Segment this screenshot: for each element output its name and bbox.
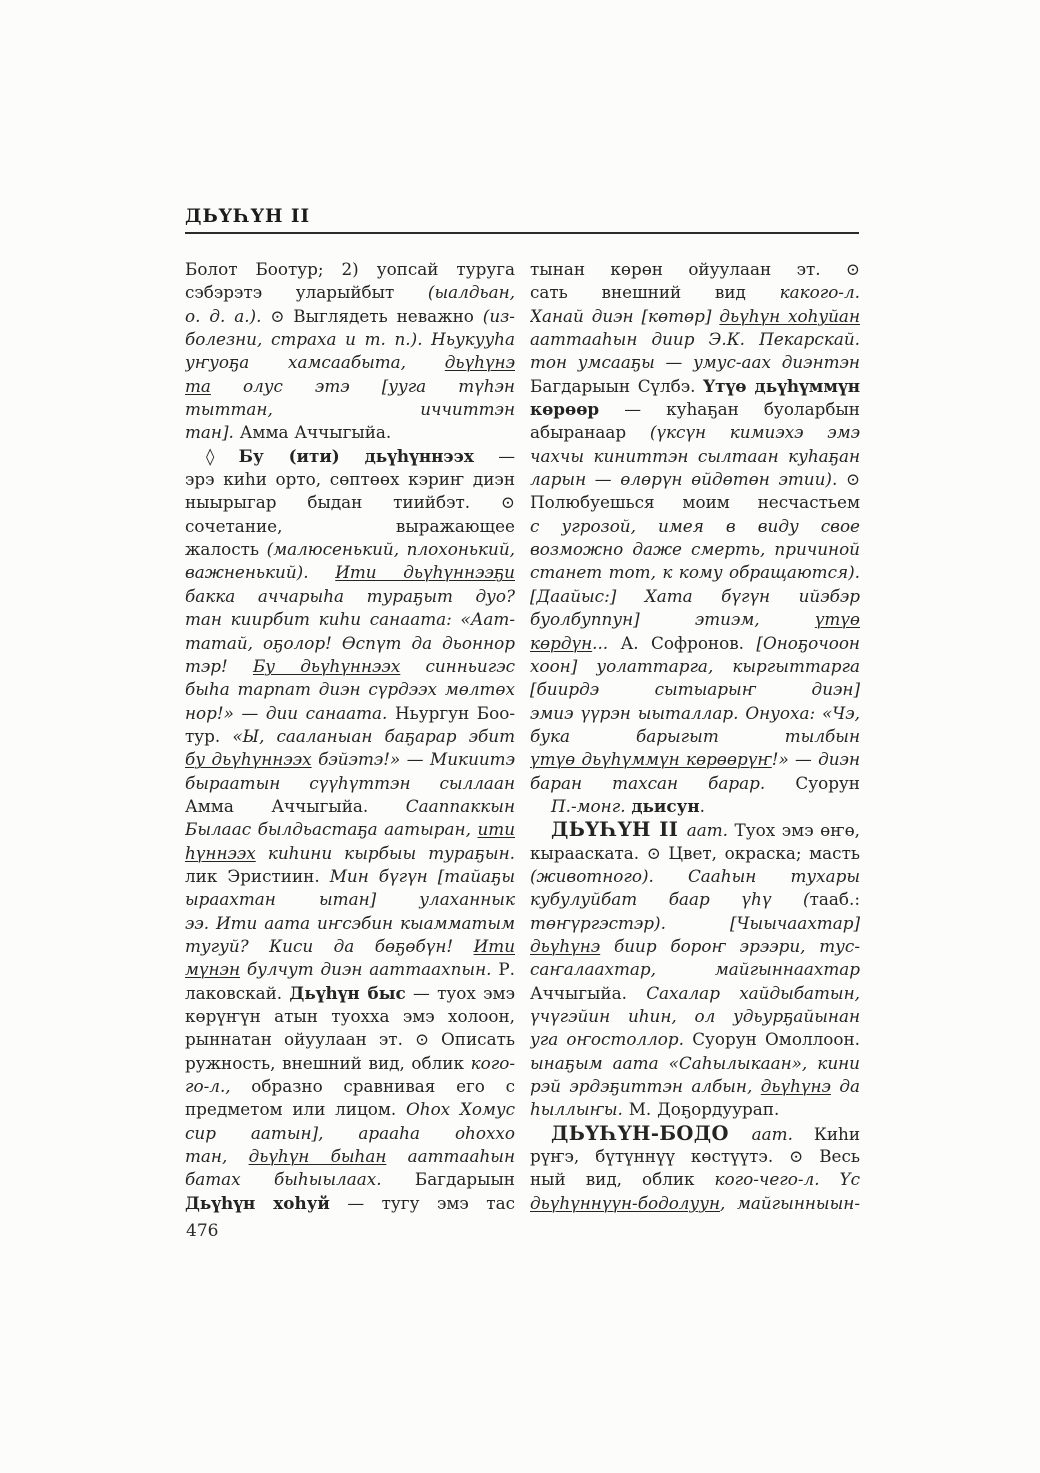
text-segment: төҥүргэстэр). [Чыычаахтар] үгүстэрин — [530, 913, 860, 935]
text-line: [биирдэ сытыарыҥ диэн] ааттаспытын — [530, 678, 860, 701]
text-segment: һыллыҥы. — [530, 1099, 629, 1119]
text-segment: Суорун Омоллоон. — [692, 1029, 860, 1049]
text-line: Аччыгыйа. Сахалар хайдыбатын, дьүһүнэ — [530, 982, 860, 1005]
text-segment: ээ. Ити аата иҥсэбин кыамматым дуу, — [185, 913, 515, 935]
text-segment: Былаас былдьастаҕа аатыран, — [185, 819, 477, 839]
text-line: лик Эристиин. Мин бүгүн [тайаҕы олус — [185, 865, 515, 888]
text-line: уҥуоҕа хамсаабыта, дьүһүнэ холлубу- — [185, 351, 515, 374]
text-line: [Даайыс:] Хата бүгүн ийэбэр [ыарахан — [530, 585, 860, 608]
text-segment: ыраахтан ытан] улаханнык сыыстым — [185, 889, 515, 911]
text-segment: «Ы, сааланыан баҕарар эбит дии, — [185, 726, 515, 748]
header-rule — [185, 232, 859, 234]
text-segment: важненький). — [185, 562, 335, 582]
text-segment: Бу дьүһүннээх — [253, 656, 400, 676]
text-line: рыннатан ойуулаан эт. ⊙ Описать на- — [185, 1028, 515, 1051]
text-line: бу дьүһүннээх бэйэтэ!» — Микиитэ — [185, 748, 515, 771]
text-segment: дьүһүнэ — [761, 1076, 831, 1096]
dictionary-page: ДЬҮҺҮН II Болот Боотур; 2) уопсай туруга… — [0, 0, 1040, 1473]
text-segment: ДЬҮҺҮН-БОДО — [551, 1122, 752, 1145]
text-line: дьүһүнэ биир бороҥ эрээри, тус-туспа — [530, 935, 860, 958]
text-segment: ◊ — [206, 446, 239, 466]
text-line: важненький). Ити дьүһүннээҕи кыай- — [185, 561, 515, 584]
text-segment: Ити дьүһүннээҕи — [335, 562, 515, 582]
text-segment: ружность, внешний вид, облик — [185, 1053, 471, 1073]
text-segment: жалость — [185, 539, 267, 559]
text-segment: бу дьүһүннээх — [185, 749, 312, 769]
text-line: төҥүргэстэр). [Чыычаахтар] үгүстэрин — [530, 912, 860, 935]
text-segment: чахчы киниттэн сылтаан куһаҕан буо- — [530, 446, 860, 468]
text-segment: мүнэн — [185, 959, 240, 979]
right-column: тынан көрөн ойуулаан эт. ⊙ Живопи-сать в… — [530, 258, 860, 1215]
text-line: ыраахтан ытан] улаханнык сыыстым — [185, 888, 515, 911]
text-segment: быһа тарпат диэн сүрдээх мөлтөх дьон- — [185, 679, 515, 701]
text-line: көрүҥүн атын туохха эмэ холоон, маа- — [185, 1005, 515, 1028]
text-segment: рэй эрдэҕиттэн албын, — [530, 1076, 761, 1096]
text-segment: рыннатан ойуулаан эт. ⊙ Описать на- — [185, 1029, 515, 1051]
text-segment: Дьүһүн хоһуй — [185, 1193, 330, 1213]
running-head: ДЬҮҺҮН II — [185, 206, 859, 227]
text-line: нор!» — дии санаата. Ньургун Боо- — [185, 702, 515, 725]
text-line: ◊ Бу (ити) дьүһүннээх — тугунан — [185, 445, 515, 468]
text-segment: киһини кырбыы тураҕын. — [256, 843, 515, 863]
text-segment: тыттан, иччиттэн куттаммытыт- — [185, 399, 515, 421]
text-segment: ныырыгар быдан тиийбэт. ⊙ Модальное — [185, 492, 515, 514]
text-line: бакка аччарыһа тураҕыт дуо? Таһыт- — [185, 585, 515, 608]
text-segment: Аччыгыйа. — [530, 983, 646, 1003]
text-segment: дьисун — [631, 796, 699, 816]
text-segment: кубулуйбат баар үһү ( — [530, 889, 810, 909]
text-segment: сать внешний вид — [530, 282, 780, 302]
text-line: уга оҥостоллор. Суорун Омоллоон. Бу — [530, 1028, 860, 1051]
text-line: ДЬҮҺҮН II аат. Туох эмэ өҥө, — [530, 818, 860, 841]
text-segment: [Даайыс:] Хата бүгүн ийэбэр [ыарахан — [530, 586, 860, 608]
text-segment: дьүһүн быһан — [249, 1146, 387, 1166]
text-segment: Амма Аччыгыйа. — [185, 796, 406, 816]
text-segment: П.-монг. — [551, 796, 631, 816]
text-line: тынан көрөн ойуулаан эт. ⊙ Живопи- — [530, 258, 860, 281]
text-segment: лик Эристиин. — [185, 866, 330, 886]
text-segment: абыранаар — [530, 422, 650, 442]
text-segment: дьүһүн хоһуйан — [719, 306, 860, 326]
text-segment: лаковскай. — [185, 983, 289, 1003]
text-segment: тан]. — [185, 422, 240, 442]
text-segment: тон умсааҕы — умус-аах диэнтэн диир. — [530, 352, 860, 374]
text-segment: Үтүө дьүһүммүн — [703, 376, 860, 396]
text-segment: Сахалар хайдыбатын, — [646, 983, 860, 1003]
text-line: тан киирбит киһи санаата: «Аат- — [185, 608, 515, 631]
left-column: Болот Боотур; 2) уопсай туруга мөлтөөн,с… — [185, 258, 515, 1215]
text-segment: Туох эмэ өҥө, — [728, 820, 860, 840]
text-line: ныырыгар быдан тиийбэт. ⊙ Модальное — [185, 491, 515, 514]
text-line: П.-монг. дьисун. — [530, 795, 860, 818]
text-line: хоон] уолаттарга, кыргыттарга баран — [530, 655, 860, 678]
text-line: рүҥэ, бүтүннүү көстүүтэ. ⊙ Весь наруж- — [530, 1145, 860, 1168]
text-columns: Болот Боотур; 2) уопсай туруга мөлтөөн,с… — [185, 258, 860, 1215]
text-segment: возможно даже смерть, причиной чему — [530, 539, 860, 561]
text-line: го-л., образно сравнивая его с другим — [185, 1075, 515, 1098]
text-line: ээ. Ити аата иҥсэбин кыамматым дуу, — [185, 912, 515, 935]
text-segment: аат. — [752, 1124, 793, 1144]
text-line: саҥалаахтар, майгыннаахтар эбит. Амма — [530, 958, 860, 981]
text-line: ынаҕым аата «Саһылыкаан», кини ньи- — [530, 1052, 860, 1075]
text-segment: булчут диэн ааттаахпын. — [240, 959, 498, 979]
text-segment: нор!» — дии санаата. — [185, 703, 395, 723]
text-segment: сэбэрэтэ уларыйбыт — [185, 282, 428, 302]
text-line: тан]. Амма Аччыгыйа. — [185, 421, 515, 444]
text-line: тугуй? Киси да бөҕөбүн! Ити дьүһүм- — [185, 935, 515, 958]
text-segment: быраатын сүүһүттэн сыллаан ылар. — [185, 773, 515, 795]
text-line: тур. «Ы, сааланыан баҕарар эбит дии, — [185, 725, 515, 748]
text-segment: бука барыгыт тылбын истибэтигит, — [530, 726, 860, 748]
text-segment: бакка аччарыһа тураҕыт дуо? Таһыт- — [185, 586, 515, 608]
text-segment: олус этэ [ууга түһэн тымныйбы- — [185, 376, 515, 398]
text-line: ДЬҮҺҮН-БОДО аат. Киһи тас кө- — [530, 1122, 860, 1145]
page-header: ДЬҮҺҮН II — [185, 206, 859, 234]
text-line: Былаас былдьастаҕа аатыран, ити дьү- — [185, 818, 515, 841]
text-line: тан, дьүһүн быһан ааттааһын буол- — [185, 1145, 515, 1168]
text-line: Дьүһүн хоһуй — тугу эмэ тас быһыы- — [185, 1192, 515, 1215]
text-segment: ынаҕым аата «Саһылыкаан», кини ньи- — [530, 1053, 860, 1075]
text-line: абыранаар (үксүн кимиэхэ эмэ куттаан, — [530, 421, 860, 444]
text-segment: бэйэтэ!» — Микиитэ — [312, 749, 515, 769]
text-segment: дьүһүннүүн-бодолуун — [530, 1193, 720, 1213]
text-segment: рүҥэ, бүтүннүү көстүүтэ. ⊙ Весь наруж- — [530, 1146, 860, 1168]
text-line: о. д. а.). ⊙ Выглядеть неважно (из-за — [185, 305, 515, 328]
text-segment: үтүө дьүһүммүн көрөөрүҥ — [530, 749, 772, 769]
text-segment: Амма Аччыгыйа. — [240, 422, 392, 442]
text-segment: Ханай диэн [көтөр] — [530, 306, 719, 326]
text-line: ный вид, облик кого-чего-л. Үс быраат — [530, 1168, 860, 1191]
text-line: сир аатын], арааһа оһоххо маарынна- — [185, 1122, 515, 1145]
text-segment: предметом или лицом. — [185, 1099, 406, 1119]
text-segment: баран тахсан барар. — [530, 773, 795, 793]
text-line: предметом или лицом. Оһох Хомус [диэн — [185, 1098, 515, 1121]
text-line: с угрозой, имея в виду свое несчастье, — [530, 515, 860, 538]
text-segment: уҥуоҕа хамсаабыта, — [185, 352, 445, 372]
text-line: возможно даже смерть, причиной чему — [530, 538, 860, 561]
text-line: үчүгэйин иһин, ол удьурҕайынан быһах — [530, 1005, 860, 1028]
text-segment: көрөөр — [530, 399, 599, 419]
text-segment: уга оҥостоллор. — [530, 1029, 692, 1049]
text-line: эмиэ үүрэн ыыталлар. Онуоха: «Чэ, — [530, 702, 860, 725]
text-segment: көрүҥүн атын туохха эмэ холоон, маа- — [185, 1006, 515, 1028]
text-segment: го-л., — [185, 1076, 231, 1096]
text-line: лаковскай. Дьүһүн быс — туох эмэ тас — [185, 982, 515, 1005]
text-segment: ⊙ Выглядеть неважно — [270, 306, 482, 326]
text-segment: !» — диэн — [772, 749, 860, 769]
text-segment: М. Доҕордуурап. — [629, 1099, 780, 1119]
text-line: тон умсааҕы — умус-аах диэнтэн диир. — [530, 351, 860, 374]
text-segment: ... — [592, 633, 620, 653]
text-line: рэй эрдэҕиттэн албын, дьүһүнэ да са- — [530, 1075, 860, 1098]
text-segment: ⊙ — [846, 469, 860, 489]
text-line: һыллыҥы. М. Доҕордуурап. — [530, 1098, 860, 1121]
text-segment: тааб.: — [810, 889, 860, 909]
text-line: ларын — өлөрүн өйдөтөн этии). ⊙ — [530, 468, 860, 491]
text-line: жалость (малюсенький, плохонький, не- — [185, 538, 515, 561]
text-segment: тан киирбит киһи санаата: «Аат- — [185, 609, 515, 629]
text-segment: тугуй? Киси да бөҕөбүн! — [185, 936, 474, 956]
text-segment: Дьүһүн быс — [289, 983, 405, 1003]
text-segment: аат. — [687, 820, 728, 840]
text-line: быраатын сүүһүттэн сыллаан ылар. — [185, 772, 515, 795]
text-segment: [биирдэ сытыарыҥ диэн] ааттаспытын — [530, 679, 860, 701]
page-number: 476 — [186, 1221, 218, 1241]
text-segment: болезни, страха и т. п.). Ньукууһа — [185, 329, 515, 349]
text-segment: станет тот, к кому обращаются). — [530, 562, 860, 582]
text-segment: кырааската. ⊙ Цвет, окраска; масть — [530, 843, 860, 863]
text-line: көрдүн... А. Софронов. [Оноҕочоон Чоо- — [530, 632, 860, 655]
text-line: болезни, страха и т. п.). Ньукууһа — [185, 328, 515, 351]
text-line: та олус этэ [ууга түһэн тымныйбы- — [185, 375, 515, 398]
text-line: бука барыгыт тылбын истибэтигит, — [530, 725, 860, 748]
text-line: станет тот, к кому обращаются). — [530, 561, 860, 584]
text-line: (животного). Сааһын тухары дьүһүнэ — [530, 865, 860, 888]
text-segment: эмиэ үүрэн ыыталлар. Онуоха: «Чэ, — [530, 703, 860, 723]
text-segment: тан, — [185, 1146, 249, 1166]
text-segment: ларын — өлөрүн өйдөтөн этии). — [530, 469, 846, 489]
text-segment: тур. — [185, 726, 232, 746]
text-segment: сир аатын], арааһа оһоххо маарынна- — [185, 1123, 515, 1145]
text-segment: Бу (ити) дьүһүннээх — [239, 446, 474, 466]
text-line: дьүһүннүүн-бодолуун, майгынныын-сиги- — [530, 1192, 860, 1215]
text-segment: саҥалаахтар, майгыннаахтар эбит. — [530, 959, 860, 981]
text-line: Болот Боотур; 2) уопсай туруга мөлтөөн, — [185, 258, 515, 281]
text-segment: Багдарыын Сүлбэ. — [530, 376, 703, 396]
text-segment: үчүгэйин иһин, ол удьурҕайынан быһах — [530, 1006, 860, 1028]
text-line: Полюбуешься моим несчастьем (обычно — [530, 491, 860, 514]
text-segment: ааттааһын диир Э.К. Пекарскай. От- — [530, 329, 860, 351]
text-segment: көрдүн — [530, 633, 592, 653]
text-line: көрөөр — куһаҕан буоларбын көрөн — [530, 398, 860, 421]
text-segment: буолбуппун] этиэм, — [530, 609, 815, 629]
text-line: баран тахсан барар. Суорун Омоллоон. — [530, 772, 860, 795]
text-line: сать внешний вид какого-л. предмета. — [530, 281, 860, 304]
text-segment: о. д. а.). — [185, 306, 270, 326]
text-segment: Полюбуешься моим несчастьем — [530, 492, 860, 512]
text-segment: татай, оҕолор! Өспүт да дьоннор эбит- — [185, 633, 515, 655]
text-segment: та — [185, 376, 211, 396]
text-segment: эрэ киһи орто, сөптөөх кэриҥ диэн са- — [185, 469, 515, 491]
text-line: ааттааһын диир Э.К. Пекарскай. От- — [530, 328, 860, 351]
text-segment: образно сравнивая его с другим — [185, 1076, 515, 1098]
text-segment: тэр! — [185, 656, 253, 676]
text-line: татай, оҕолор! Өспүт да дьоннор эбит- — [185, 632, 515, 655]
text-line: Ханай диэн [көтөр] дьүһүн хоһуйан — [530, 305, 860, 328]
text-segment: тынан көрөн ойуулаан эт. ⊙ Живопи- — [530, 259, 860, 281]
text-line: һүннээх киһини кырбыы тураҕын. Эри- — [185, 842, 515, 865]
text-line: быһа тарпат диэн сүрдээх мөлтөх дьон- — [185, 678, 515, 701]
text-segment: Ньургун Боо- — [395, 703, 515, 723]
text-segment: хоон] уолаттарга, кыргыттарга баран — [530, 656, 860, 678]
text-line: мүнэн булчут диэн ааттаахпын. Р. Ку- — [185, 958, 515, 981]
text-line: буолбуппун] этиэм, үтүө дьүһүммүн — [530, 608, 860, 631]
text-line: Амма Аччыгыйа. Сааппаккын даҕаны... — [185, 795, 515, 818]
text-line: сочетание, выражающее пренебрежение, — [185, 515, 515, 538]
text-segment: кого-чего-л. — [715, 1169, 820, 1189]
text-segment: һүннээх — [185, 843, 256, 863]
text-line: тэр! Бу дьүһүннээх синньигэс быаны — [185, 655, 515, 678]
text-segment: А. Софронов. — [621, 633, 757, 653]
text-segment: батах быһыылаах. — [185, 1169, 415, 1189]
text-segment: ДЬҮҺҮН II — [551, 818, 687, 841]
text-segment: Болот Боотур; 2) уопсай туруга мөлтөөн, — [185, 259, 515, 281]
text-line: сэбэрэтэ уларыйбыт (ыалдьан, куттанан — [185, 281, 515, 304]
text-segment: какого-л. — [780, 282, 860, 302]
text-line: үтүө дьүһүммүн көрөөрүҥ!» — диэн — [530, 748, 860, 771]
text-line: ружность, внешний вид, облик кого-че- — [185, 1052, 515, 1075]
text-segment: сочетание, выражающее пренебрежение, — [185, 516, 515, 538]
text-line: кырааската. ⊙ Цвет, окраска; масть — [530, 842, 860, 865]
text-segment: ный вид, облик — [530, 1169, 715, 1189]
text-line: эрэ киһи орто, сөптөөх кэриҥ диэн са- — [185, 468, 515, 491]
text-line: тыттан, иччиттэн куттаммытыт- — [185, 398, 515, 421]
text-line: кубулуйбат баар үһү (тааб.: хаардаах — [530, 888, 860, 911]
text-segment: (животного). Сааһын тухары — [530, 866, 860, 886]
text-line: батах быһыылаах. Багдарыын Сүлбэ. — [185, 1168, 515, 1191]
text-segment: с угрозой, имея в виду свое несчастье, — [530, 516, 860, 538]
text-line: Багдарыын Сүлбэ. Үтүө дьүһүммүн — [530, 375, 860, 398]
text-segment: . — [700, 796, 705, 816]
text-segment: дьүһүнэ — [530, 936, 600, 956]
text-line: чахчы киниттэн сылтаан куһаҕан буо- — [530, 445, 860, 468]
